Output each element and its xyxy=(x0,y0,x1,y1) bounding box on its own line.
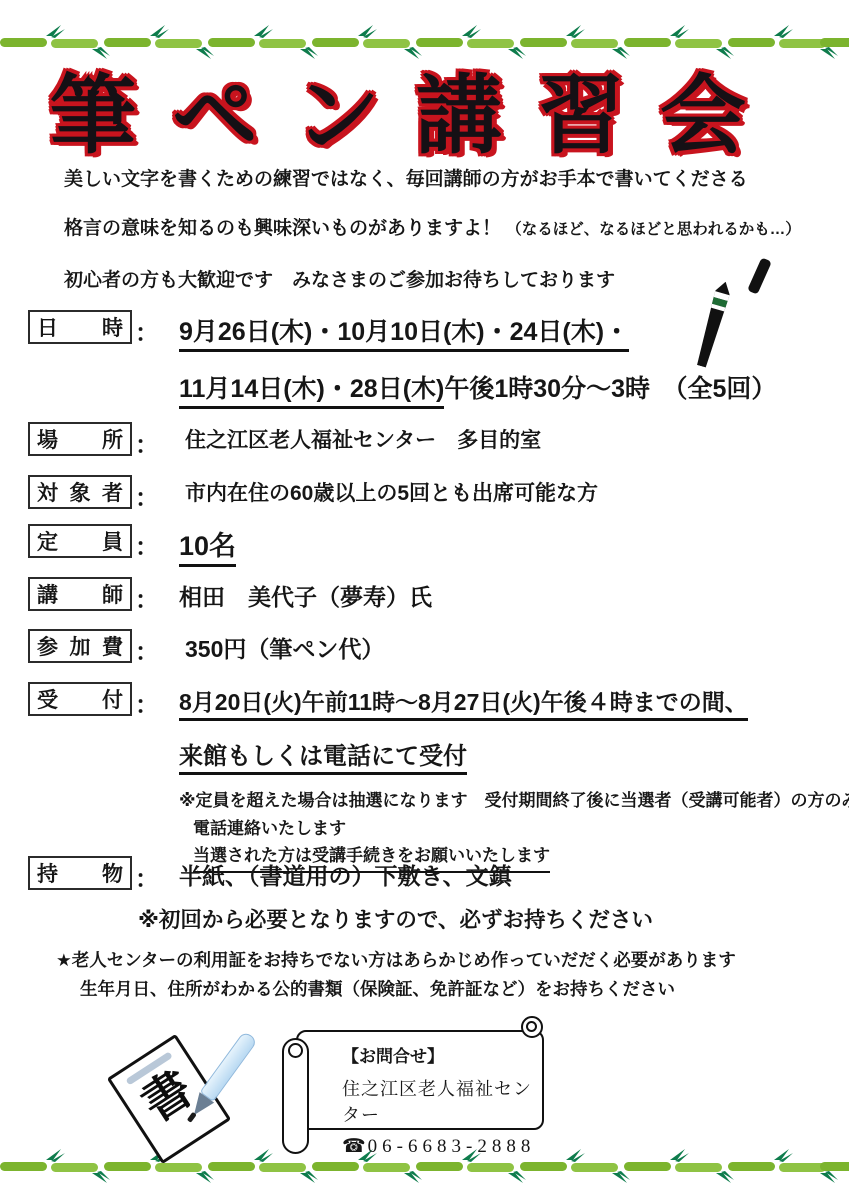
blue-pen-body xyxy=(200,1031,258,1102)
flyer-page: 筆ペン講習会 美しい文字を書くための練習ではなく、毎回講師の方がお手本で書いてく… xyxy=(0,0,849,1200)
belongings-colon: ： xyxy=(135,859,159,894)
phone-icon: ☎ xyxy=(342,1136,366,1157)
reception-colon: ： xyxy=(135,685,159,720)
target-value: 市内在住の60歳以上の5回とも出席可能な方 xyxy=(185,477,598,507)
belongings-note: ※初回から必要となりますので、必ずお持ちください xyxy=(138,903,653,934)
contact-phone: ☎06-6683-2888 xyxy=(342,1135,542,1158)
intro-line-1: 美しい文字を書くための練習ではなく、毎回講師の方がお手本で書いてくださる xyxy=(64,164,748,191)
schedule-colon: ： xyxy=(135,313,159,348)
schedule-line-1: 9月26日(木)・10月10日(木)・24日(木)・ xyxy=(179,312,629,352)
schedule-line-2-dates: 11月14日(木)・28日(木) xyxy=(179,369,444,409)
schedule-label: 日時 xyxy=(28,310,132,344)
belongings-label: 持物 xyxy=(28,856,132,890)
row-fee: 参加費 ： 350円（筆ペン代） xyxy=(28,629,384,667)
reception-line-2: 来館もしくは電話にて受付 xyxy=(179,736,467,775)
row-instructor: 講師 ： 相田 美代子（夢寿）氏 xyxy=(28,577,432,615)
contact-phone-number: 06-6683-2888 xyxy=(368,1136,536,1157)
place-value: 住之江区老人福祉センター 多目的室 xyxy=(185,424,541,454)
target-label: 対象者 xyxy=(28,475,132,509)
place-colon: ： xyxy=(135,425,159,460)
intro-line-3: 初心者の方も大歓迎です みなさまのご参加お待ちしております xyxy=(64,265,615,292)
scroll-roll-curl xyxy=(288,1043,303,1058)
scroll-curl-icon xyxy=(521,1016,543,1038)
fee-value: 350円（筆ペン代） xyxy=(185,631,384,664)
belongings-value: 半紙、（書道用の）下敷き、文鎮 xyxy=(179,858,512,891)
place-label: 場所 xyxy=(28,422,132,456)
row-reception: 受付 ： 8月20日(火)午前11時～8月27日(火)午後４時までの間、 来館も… xyxy=(28,682,849,873)
instructor-label: 講師 xyxy=(28,577,132,611)
brush-pen-icon xyxy=(692,258,787,368)
row-schedule: 日時 ： 9月26日(木)・10月10日(木)・24日(木)・ 11月14日(木… xyxy=(28,310,776,409)
row-capacity: 定員 ： 10名 xyxy=(28,524,236,567)
row-place: 場所 ： 住之江区老人福祉センター 多目的室 xyxy=(28,422,541,460)
instructor-colon: ： xyxy=(135,580,159,615)
calligraphy-paper-illustration: 書 xyxy=(106,1026,276,1160)
reception-note-2: 電話連絡いたします xyxy=(179,815,849,843)
footnotes: ★老人センターの利用証をお持ちでない方はあらかじめ作っていだだく必要があります … xyxy=(56,946,736,1004)
fee-colon: ： xyxy=(135,632,159,667)
scroll-curl-dot xyxy=(526,1021,537,1032)
contact-heading: 【お問合せ】 xyxy=(342,1042,542,1067)
schedule-line-2-time: 午後1時30分～3時 （全5回） xyxy=(444,375,776,403)
scroll-roll-icon xyxy=(282,1038,309,1154)
intro-line-2: 格言の意味を知るのも興味深いものがありますよ！ （なるほど、なるほどと思われるか… xyxy=(64,213,801,240)
intro-line-2-note: （なるほど、なるほどと思われるかも…） xyxy=(506,221,801,238)
reception-label: 受付 xyxy=(28,682,132,716)
footnote-line-2: 生年月日、住所がわかる公的書類（保険証、免許証など）をお持ちください xyxy=(56,975,736,1004)
contact-name: 住之江区老人福祉センター xyxy=(342,1075,542,1127)
page-title: 筆ペン講習会 xyxy=(50,46,820,166)
instructor-value: 相田 美代子（夢寿）氏 xyxy=(179,579,432,612)
target-colon: ： xyxy=(135,478,159,513)
reception-note-1: ※定員を超えた場合は抽選になります 受付期間終了後に当選者（受講可能者）の方のみ xyxy=(179,787,849,815)
fee-label: 参加費 xyxy=(28,629,132,663)
capacity-value: 10名 xyxy=(179,524,236,567)
pen-body-icon xyxy=(694,280,733,369)
capacity-label: 定員 xyxy=(28,524,132,558)
footnote-line-1: ★老人センターの利用証をお持ちでない方はあらかじめ作っていだだく必要があります xyxy=(56,946,736,975)
intro-line-2-main: 格言の意味を知るのも興味深いものがありますよ！ xyxy=(64,218,501,239)
reception-line-1: 8月20日(火)午前11時～8月27日(火)午後４時までの間、 xyxy=(179,684,748,721)
capacity-colon: ： xyxy=(135,527,159,562)
contact-box: 【お問合せ】 住之江区老人福祉センター ☎06-6683-2888 xyxy=(296,1030,544,1130)
row-belongings: 持物 ： 半紙、（書道用の）下敷き、文鎮 xyxy=(28,856,512,894)
pen-cap-icon xyxy=(747,257,772,294)
row-target: 対象者 ： 市内在住の60歳以上の5回とも出席可能な方 xyxy=(28,475,598,513)
blue-pen-tip xyxy=(187,1112,197,1123)
